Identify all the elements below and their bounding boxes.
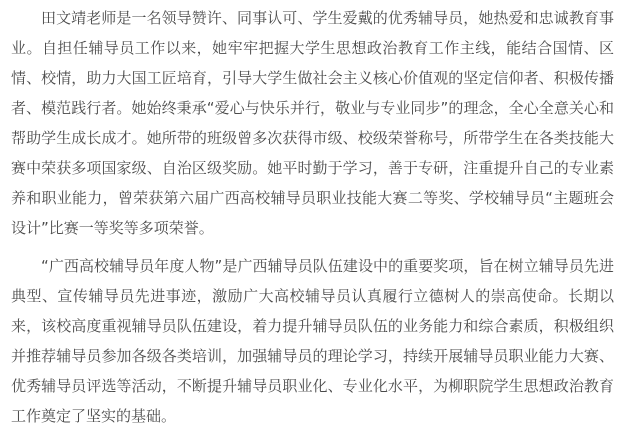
paragraph-award: “广西高校辅导员年度人物”是广西辅导员队伍建设中的重要奖项，旨在树立辅导员先进典…: [11, 251, 614, 431]
article-body: 田文靖老师是一名领导赞许、同事认可、学生爱戴的优秀辅导员，她热爱和忠诚教育事业。…: [0, 0, 627, 431]
paragraph-intro: 田文靖老师是一名领导赞许、同事认可、学生爱戴的优秀辅导员，她热爱和忠诚教育事业。…: [11, 3, 614, 243]
